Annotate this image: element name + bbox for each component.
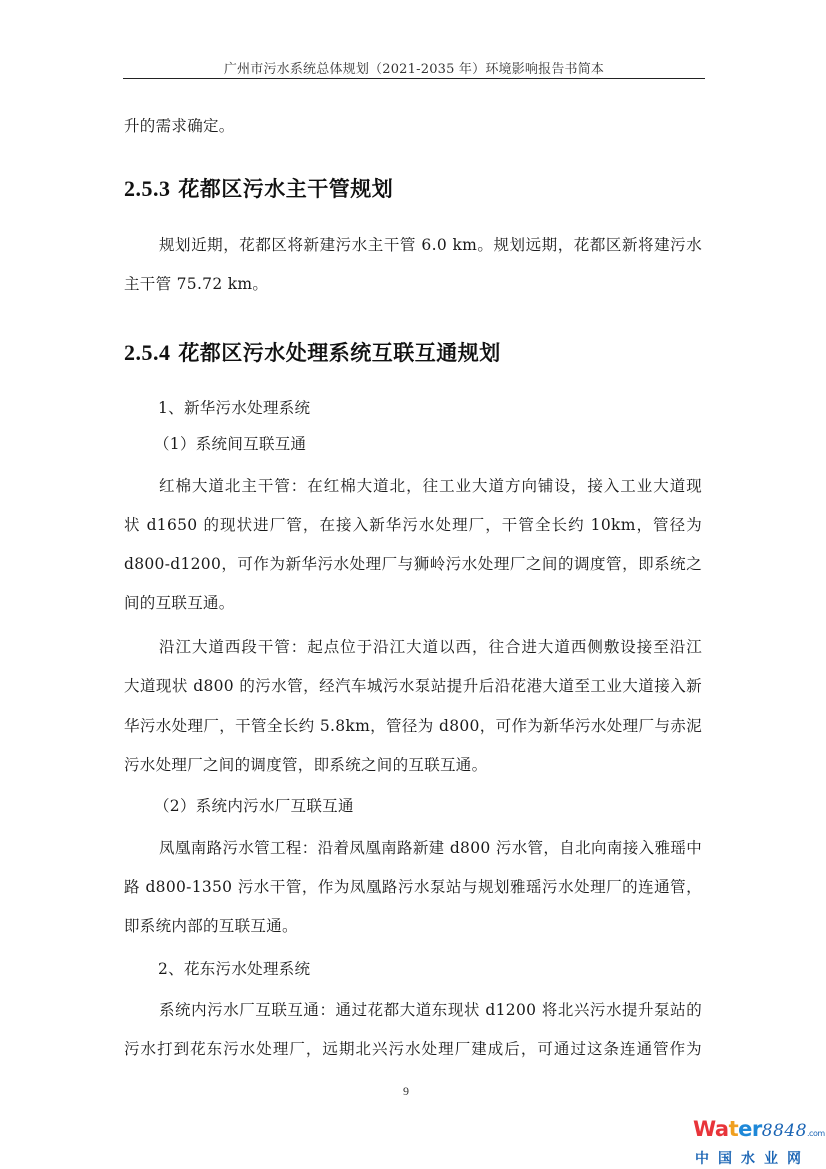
list-item-1: 1、新华污水处理系统 xyxy=(158,396,310,418)
section-number: 2.5.4 xyxy=(124,340,171,365)
logo-letter: a xyxy=(715,1117,729,1141)
logo-letter: e xyxy=(738,1117,752,1141)
logo-wordmark: Water8848.com xyxy=(693,1118,823,1145)
paragraph-line: 规划近期，花都区将新建污水主干管 6.0 km。规划远期，花都区新将建污水 xyxy=(124,233,702,255)
watermark-logo: Water8848.com 中国水业网 xyxy=(693,1118,823,1166)
paragraph-line: 状 d1650 的现状进厂管，在接入新华污水处理厂，干管全长约 10km，管径为 xyxy=(124,513,702,535)
paragraph-line: 主干管 75.72 km。 xyxy=(124,272,268,294)
paragraph-line: 即系统内部的互联互通。 xyxy=(124,914,298,936)
paragraph-line: 间的互联互通。 xyxy=(124,591,235,613)
paragraph-line: 凤凰南路污水管工程：沿着凤凰南路新建 d800 污水管，自北向南接入雅瑶中 xyxy=(159,836,702,858)
sub-item-2: （2）系统内污水厂互联互通 xyxy=(154,794,354,816)
section-title: 花都区污水主干管规划 xyxy=(178,177,393,201)
paragraph-line: 系统内污水厂互联互通：通过花都大道东现状 d1200 将北兴污水提升泵站的 xyxy=(159,998,702,1020)
running-header: 广州市污水系统总体规划（2021-2035 年）环境影响报告书简本 xyxy=(123,58,705,77)
logo-chinese-name: 中国水业网 xyxy=(693,1148,823,1168)
paragraph-line: 大道现状 d800 的污水管，经汽车城污水泵站提升后沿花港大道至工业大道接入新 xyxy=(124,674,702,696)
logo-letter: t xyxy=(729,1117,739,1141)
paragraph-line: 红棉大道北主干管：在红棉大道北，往工业大道方向铺设，接入工业大道现 xyxy=(159,474,702,496)
paragraph-line: 沿江大道西段干管：起点位于沿江大道以西，往合进大道西侧敷设接至沿江 xyxy=(159,635,702,657)
page-number: 9 xyxy=(403,1084,409,1099)
paragraph-line: 污水打到花东污水处理厂，远期北兴污水处理厂建成后，可通过这条连通管作为 xyxy=(124,1037,702,1059)
logo-letter: r xyxy=(752,1117,762,1141)
header-divider xyxy=(123,78,705,79)
paragraph-continuation: 升的需求确定。 xyxy=(124,114,235,136)
logo-number: 8848 xyxy=(762,1121,807,1141)
section-number: 2.5.3 xyxy=(124,176,171,201)
paragraph-line: 路 d800-1350 污水干管，作为凤凰路污水泵站与规划雅瑶污水处理厂的连通管… xyxy=(124,875,702,897)
list-item-2: 2、花东污水处理系统 xyxy=(158,957,310,979)
section-heading-2-5-3: 2.5.3 花都区污水主干管规划 xyxy=(124,173,393,203)
paragraph-line: 污水处理厂之间的调度管，即系统之间的互联互通。 xyxy=(124,753,487,775)
logo-domain: .com xyxy=(807,1129,825,1138)
section-heading-2-5-4: 2.5.4 花都区污水处理系统互联互通规划 xyxy=(124,337,501,367)
sub-item-1: （1）系统间互联互通 xyxy=(154,432,306,454)
logo-letter: W xyxy=(693,1117,715,1141)
section-title: 花都区污水处理系统互联互通规划 xyxy=(178,341,501,365)
paragraph-line: d800-d1200，可作为新华污水处理厂与狮岭污水处理厂之间的调度管，即系统之 xyxy=(124,552,702,574)
paragraph-line: 华污水处理厂，干管全长约 5.8km，管径为 d800，可作为新华污水处理厂与赤… xyxy=(124,714,702,736)
